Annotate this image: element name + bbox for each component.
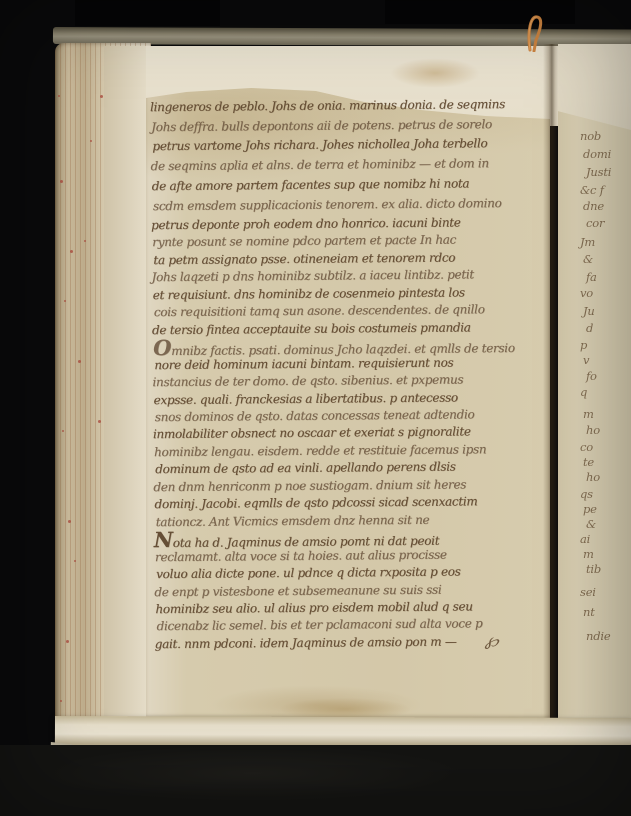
facing-page-line-fragment: domi bbox=[583, 148, 611, 161]
facing-page-line-fragment: te bbox=[583, 456, 594, 469]
manuscript-line: den dnm henriconm p noe sustiogam. dnium… bbox=[153, 477, 466, 495]
facing-page-line-fragment: v bbox=[583, 354, 589, 367]
manuscript-line: inmolabiliter obsnect no oscaar et exeri… bbox=[153, 425, 471, 443]
bottom-cover-leather bbox=[0, 745, 631, 816]
red-speck bbox=[78, 360, 81, 363]
manuscript-line: instancius de ter domo. de qsto. sibeniu… bbox=[152, 372, 463, 390]
facing-page-line-fragment: p bbox=[580, 339, 587, 352]
facing-page-text: nobdomiJusti&c fdnecorJm&favoJudpvfoqmho… bbox=[580, 0, 630, 700]
facing-page-line-fragment: tib bbox=[586, 563, 601, 576]
text-block: lingeneros de peblo. Johs de onia. marin… bbox=[149, 0, 559, 700]
manuscript-line: hominibz lengau. eisdem. redde et restit… bbox=[154, 442, 486, 460]
facing-page-line-fragment: qs bbox=[580, 488, 593, 501]
manuscript-line: gait. nnm pdconi. idem Jaqminus de amsio… bbox=[155, 634, 457, 652]
facing-page-line-fragment: m bbox=[583, 408, 594, 421]
facing-page-line-fragment: &c f bbox=[580, 184, 604, 197]
manuscript-line: scdm emsdem supplicacionis tenorem. ex a… bbox=[153, 196, 502, 214]
red-speck bbox=[84, 240, 86, 242]
manuscript-line: lingeneros de peblo. Johs de onia. marin… bbox=[150, 97, 505, 115]
facing-page-line-fragment: Justi bbox=[586, 166, 611, 179]
manuscript-line: rynte posunt se nomine pdco partem et pa… bbox=[152, 233, 456, 251]
facing-page-line-fragment: ho bbox=[586, 424, 600, 437]
red-speck bbox=[62, 430, 64, 432]
manuscript-line: Johs deffra. bulls depontons aii de pote… bbox=[151, 117, 492, 135]
manuscript-line: de tersio fintea acceptauite su bois cos… bbox=[152, 320, 471, 338]
manuscript-line: de enpt p vistesbone et subsemeanune su … bbox=[154, 582, 441, 600]
manuscript-line: et requisiunt. dns hominibz de cosenmeio… bbox=[153, 285, 465, 303]
manuscript-line: nore deid hominum iacuni bintam. requisi… bbox=[154, 355, 453, 373]
facing-page-line-fragment: Ju bbox=[583, 305, 595, 318]
red-speck bbox=[58, 95, 60, 97]
manuscript-line: dicenabz lic semel. bis et ter pclamacon… bbox=[157, 617, 483, 635]
red-speck bbox=[90, 140, 92, 142]
facing-page-line-fragment: ai bbox=[580, 533, 590, 546]
red-speck bbox=[60, 180, 63, 183]
facing-page-line-fragment: ho bbox=[586, 471, 600, 484]
manuscript-line: dominj. Jacobi. eqmlls de qsto pdcossi s… bbox=[154, 495, 477, 513]
manuscript-line: petrus vartome Johs richara. Johes nicho… bbox=[152, 137, 487, 155]
manuscript-line: petrus deponte proh eodem dno honrico. i… bbox=[151, 215, 461, 233]
red-speck bbox=[60, 700, 62, 702]
red-speck bbox=[66, 640, 69, 643]
facing-page-line-fragment: m bbox=[583, 548, 594, 561]
book-bottom-edge-pages bbox=[55, 716, 631, 747]
red-speck bbox=[68, 520, 71, 523]
manuscript-line: tationcz. Ant Vicmics emsdem dnz henna s… bbox=[156, 512, 430, 529]
facing-page-line-fragment: fa bbox=[586, 271, 597, 284]
red-speck bbox=[74, 560, 76, 562]
facing-page-line-fragment: nt bbox=[583, 606, 595, 619]
facing-page-line-fragment: cor bbox=[586, 217, 604, 230]
manuscript-photo: lingeneros de peblo. Johs de onia. marin… bbox=[0, 0, 631, 816]
facing-page-line-fragment: ndie bbox=[586, 630, 610, 643]
facing-page-line-fragment: nob bbox=[580, 130, 601, 143]
facing-page-line-fragment: dne bbox=[583, 200, 604, 213]
manuscript-line: cois requisitioni tamq sun asone. descen… bbox=[154, 303, 485, 321]
manuscript-line: Johs laqzeti p dns hominibz subtilz. a i… bbox=[151, 268, 473, 286]
manuscript-line: snos dominos de qsto. datas concessas te… bbox=[155, 407, 475, 425]
facing-page-line-fragment: co bbox=[580, 441, 593, 454]
manuscript-line: de seqmins aplia et alns. de terra et ho… bbox=[151, 156, 489, 174]
facing-page-line-fragment: fo bbox=[586, 370, 597, 383]
facing-page-line-fragment: vo bbox=[580, 287, 593, 300]
manuscript-line: voluo alia dicte pone. ul pdnce q dicta … bbox=[156, 564, 460, 582]
red-speck bbox=[70, 250, 73, 253]
facing-page-line-fragment: & bbox=[583, 253, 593, 266]
facing-page-line-fragment: & bbox=[586, 518, 596, 531]
red-speck bbox=[98, 420, 101, 423]
red-speck bbox=[64, 300, 66, 302]
manuscript-line: reclamamt. alta voce si ta hoies. aut al… bbox=[155, 547, 447, 565]
facing-page-line-fragment: Jm bbox=[580, 236, 595, 249]
bookmark-thread bbox=[518, 8, 550, 52]
manuscript-line: de afte amore partem facentes sup que no… bbox=[152, 176, 470, 194]
manuscript-line: dominum de qsto ad ea vinli. apellando p… bbox=[155, 460, 455, 478]
facing-page-line-fragment: d bbox=[586, 322, 593, 335]
red-speck bbox=[100, 95, 103, 98]
manuscript-line: hominibz seu alio. ul alius pro eisdem m… bbox=[155, 599, 472, 617]
manuscript-line: ta petm assignato psse. otineneiam et te… bbox=[153, 250, 455, 268]
facing-page-line-fragment: q bbox=[580, 386, 587, 399]
facing-page-line-fragment: sei bbox=[580, 586, 596, 599]
facing-page-line-fragment: pe bbox=[583, 503, 597, 516]
manuscript-line: expsse. quali. franckesias a libertatibu… bbox=[154, 390, 458, 408]
